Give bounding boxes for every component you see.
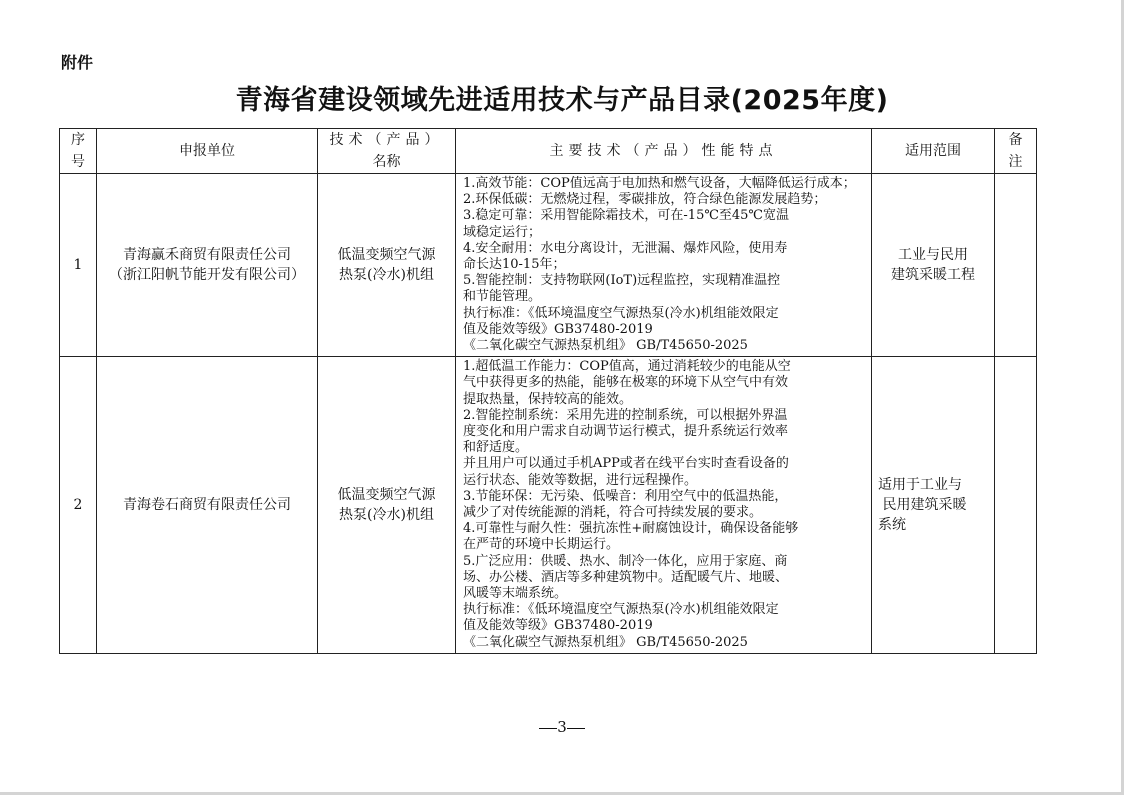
catalog-table: 序 号 申报单位 技术（产品） 名称 主要技术（产品）性能特点 适用范围 备 注… [59,128,1037,654]
row-scope: 适用于工业与 民用建筑采暖 系统 [872,357,995,654]
row-index: 1 [60,174,97,357]
table-header-row: 序 号 申报单位 技术（产品） 名称 主要技术（产品）性能特点 适用范围 备 注 [60,129,1037,174]
attachment-label: 附件 [61,50,93,73]
table-row: 1 青海赢禾商贸有限责任公司 （浙江阳帆节能开发有限公司） 低温变频空气源 热泵… [60,174,1037,357]
row-features: 1.超低温工作能力：COP值高，通过消耗较少的电能从空 气中获得更多的热能，能够… [456,357,872,654]
header-scope: 适用范围 [872,129,995,174]
header-remarks: 备 注 [995,129,1037,174]
row-product: 低温变频空气源 热泵(冷水)机组 [318,357,456,654]
row-product: 低温变频空气源 热泵(冷水)机组 [318,174,456,357]
document-title: 青海省建设领域先进适用技术与产品目录(2025年度) [0,78,1124,117]
row-applicant: 青海卷石商贸有限责任公司 [97,357,318,654]
row-applicant: 青海赢禾商贸有限责任公司 （浙江阳帆节能开发有限公司） [97,174,318,357]
row-index: 2 [60,357,97,654]
row-features: 1.高效节能：COP值远高于电加热和燃气设备，大幅降低运行成本； 2.环保低碳：… [456,174,872,357]
row-scope: 工业与民用 建筑采暖工程 [872,174,995,357]
page-number: 3 [0,718,1124,736]
row-remarks [995,174,1037,357]
header-index: 序 号 [60,129,97,174]
header-product: 技术（产品） 名称 [318,129,456,174]
dash-right [567,728,585,729]
header-applicant: 申报单位 [97,129,318,174]
header-features: 主要技术（产品）性能特点 [456,129,872,174]
row-remarks [995,357,1037,654]
table-row: 2 青海卷石商贸有限责任公司 低温变频空气源 热泵(冷水)机组 1.超低温工作能… [60,357,1037,654]
dash-left [539,728,557,729]
